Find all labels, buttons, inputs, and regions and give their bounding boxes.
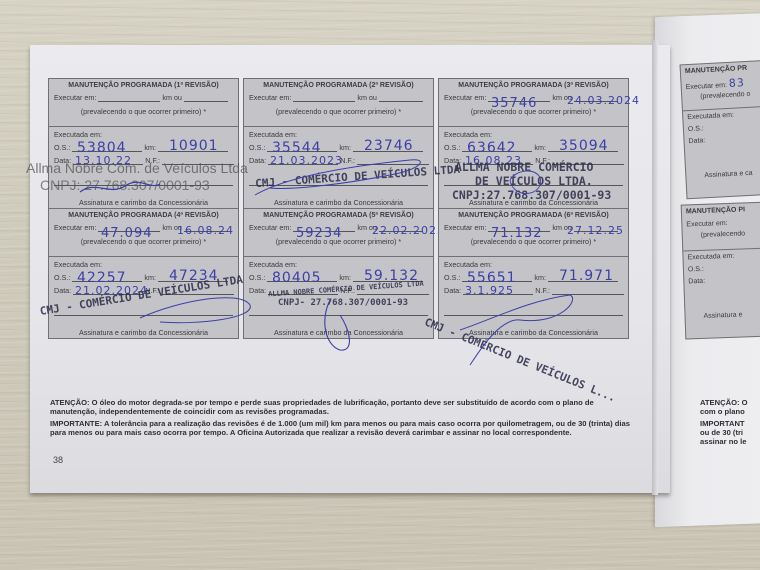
- right-card-1-os: O.S.:: [688, 122, 760, 133]
- right-card-1-execute: Executar em:: [686, 82, 728, 91]
- right-card-2-executed: Executada em:: [687, 252, 760, 262]
- right-card-2-title: MANUTENÇÃO PI: [686, 206, 760, 216]
- important-note: IMPORTANTE: A tolerância para a realizaç…: [50, 419, 630, 437]
- page-number: 38: [53, 455, 63, 465]
- right-card-1-title: MANUTENÇÃO PR: [685, 64, 760, 75]
- right-card-1-executed: Executada em:: [687, 110, 760, 121]
- right-card-2-date: Data:: [688, 276, 760, 286]
- right-card-2-prev: (prevalecendo: [687, 230, 760, 240]
- signature-scribbles: [0, 0, 760, 570]
- right-card-1-prev: (prevalecendo o: [686, 90, 760, 101]
- right-card-1-sig: Assinatura e ca: [690, 169, 760, 180]
- right-note-line: ou de 30 (tri: [700, 428, 760, 437]
- right-page-notes: ATENÇÃO: O com o plano IMPORTANT ou de 3…: [700, 398, 760, 446]
- attention-note: ATENÇÃO: O óleo do motor degrada-se por …: [50, 398, 630, 416]
- right-card-2: MANUTENÇÃO PI Executar em: (prevalecendo…: [681, 201, 760, 339]
- right-note-line: IMPORTANT: [700, 419, 760, 428]
- right-card-1-execute-km: 83: [728, 76, 745, 90]
- right-note-line: ATENÇÃO: O: [700, 398, 760, 407]
- right-card-2-os: O.S.:: [688, 264, 760, 274]
- right-card-2-sig: Assinatura e: [689, 311, 760, 321]
- right-note-line: assinar no le: [700, 437, 760, 446]
- right-card-2-execute: Executar em:: [686, 219, 760, 229]
- right-note-line: com o plano: [700, 407, 760, 416]
- notes-section: ATENÇÃO: O óleo do motor degrada-se por …: [50, 398, 630, 440]
- right-card-1-date: Data:: [688, 134, 760, 145]
- right-card-1: MANUTENÇÃO PR Executar em: 83 (prevalece…: [680, 60, 760, 200]
